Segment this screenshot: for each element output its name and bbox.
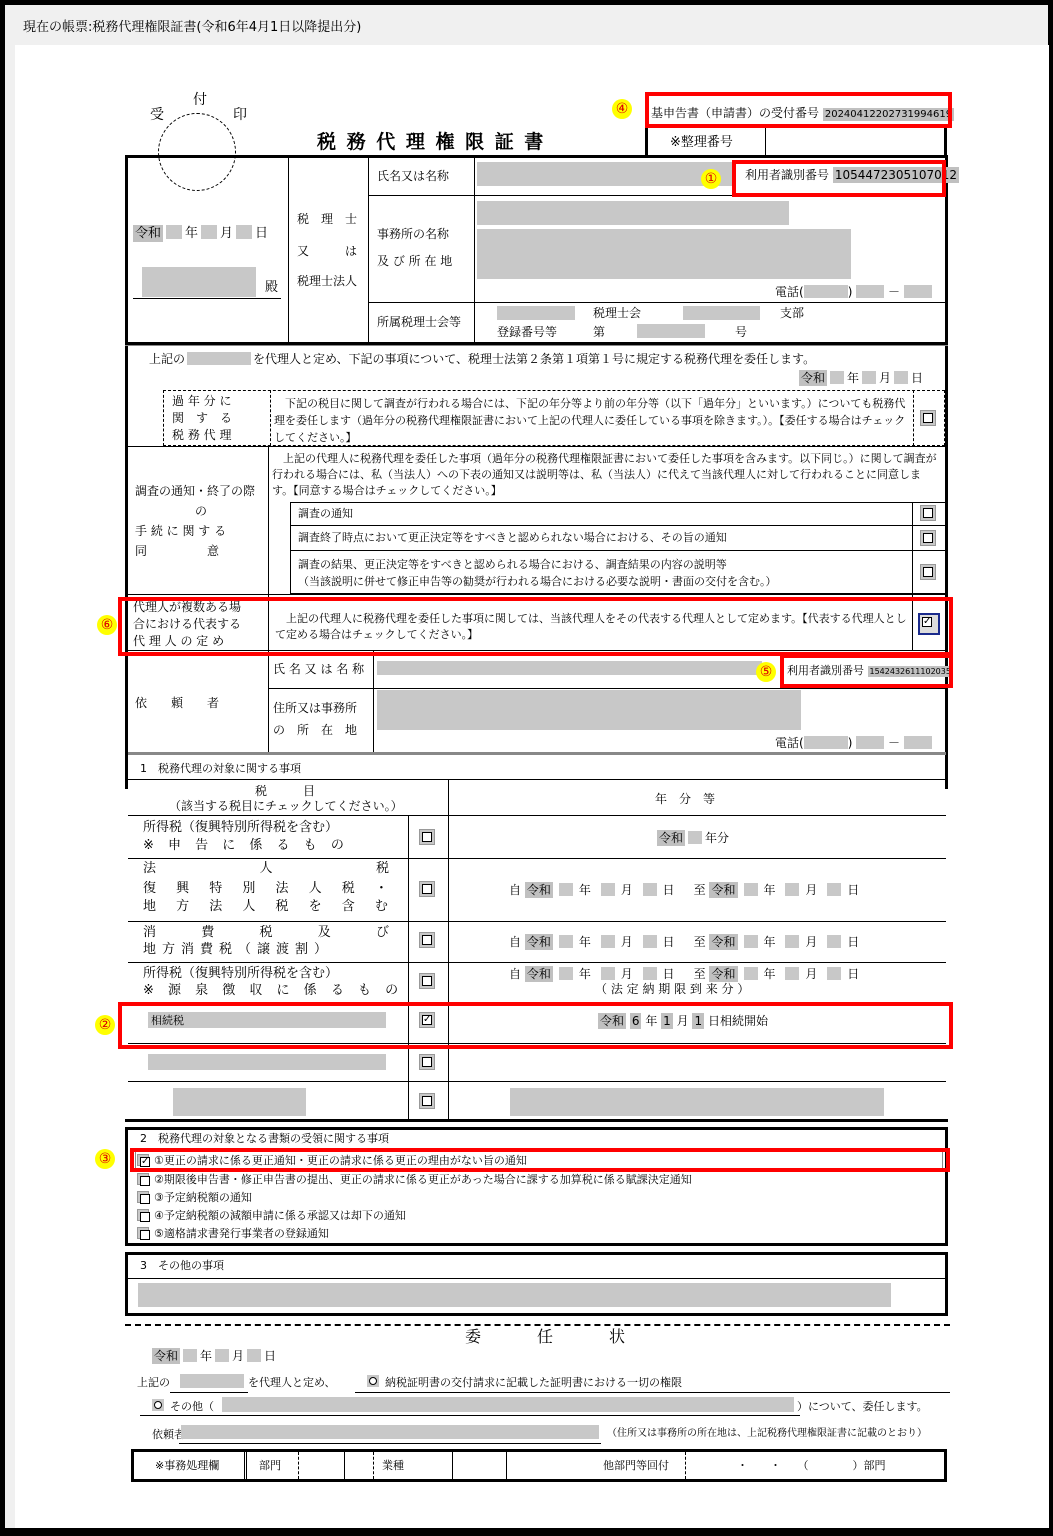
section2-item-3: ③予定納税額の通知	[154, 1192, 252, 1203]
investigation-label-4: 同 意	[135, 545, 219, 557]
annotation-badge-1: ①	[701, 169, 721, 189]
registration-prefix: 第	[593, 326, 605, 338]
section2-title: 2 税務代理の対象となる書類の受領に関する事項	[140, 1133, 389, 1144]
office-use-other-dept: 他部門等回付	[603, 1460, 669, 1471]
section1-col-tax-item-sub: （該当する税目にチェックしてください。）	[169, 800, 403, 812]
investigation-text: 上記の代理人に税務代理を委任した事項（過年分の税務代理権限証書において委任した事…	[272, 451, 942, 499]
addressee-suffix: 殿	[265, 281, 278, 294]
section1-col-period: 年 分 等	[655, 793, 715, 805]
investigation-item-3-sub: （当該説明に併せて修正申告等の勧奨が行われる場合における必要な説明・書面の交付を…	[298, 576, 777, 587]
client-address-field[interactable]	[377, 690, 801, 730]
tax-row-7-field[interactable]	[173, 1088, 306, 1116]
tax-row-6-checkbox[interactable]	[419, 1054, 435, 1070]
association-suffix: 税理士会	[593, 307, 641, 319]
stamp-label-left: 受	[150, 108, 164, 122]
annotation-box-5	[780, 654, 953, 688]
office-address-field[interactable]	[477, 229, 851, 279]
stamp-label-right: 印	[233, 108, 247, 122]
tax-row-2-period: 自 令和年 月 日 至 令和年 月 日	[509, 883, 859, 896]
office-name-field[interactable]	[477, 201, 789, 225]
tax-row-7-period-field[interactable]	[510, 1088, 884, 1116]
past-years-checkbox[interactable]	[920, 410, 936, 426]
section2-item-5: ⑤適格請求書発行事業者の登録通知	[154, 1228, 329, 1239]
poa-option1: 納税証明書の交付請求に記載した証明書における一切の権限	[385, 1377, 682, 1388]
agent-phone: 電話() －	[775, 285, 932, 298]
office-use-industry: 業種	[382, 1460, 404, 1471]
section3-field[interactable]	[138, 1283, 891, 1307]
investigation-label-3: 手 続 に 関 す る	[135, 525, 226, 537]
past-years-label-2: 関 す る	[172, 412, 232, 424]
past-years-label-1: 過 年 分 に	[172, 395, 231, 407]
addressee-field[interactable]	[142, 267, 256, 297]
office-label-1: 事務所の名称	[377, 228, 449, 240]
client-name-field[interactable]	[377, 661, 762, 675]
poa-option2-suffix: ）について、委任します。	[797, 1401, 928, 1412]
branch-suffix: 支部	[780, 307, 804, 319]
investigation-item-3: 調査の結果、更正決定等をすべきと認められる場合における、調査結果の内容の説明等	[298, 559, 727, 570]
association-field[interactable]	[497, 306, 575, 320]
investigation-label-1: 調査の通知・終了の際	[135, 485, 255, 497]
annotation-box-1	[732, 160, 946, 197]
annotation-badge-5: ⑤	[756, 662, 776, 682]
current-form-caption: 現在の帳票:税務代理権限証書(令和6年4月1日以降提出分)	[23, 16, 361, 35]
investigation-item-1: 調査の通知	[298, 508, 353, 519]
tax-row-4-period: 自 令和年 月 日 至 令和年 月 日	[509, 967, 859, 980]
tax-row-3-period: 自 令和年 月 日 至 令和年 月 日	[509, 935, 859, 948]
agent-type-label-2: 又 は	[297, 245, 357, 257]
past-years-label-3: 税 務 代 理	[172, 429, 231, 441]
delegation-sentence: 上記のを代理人と定め、下記の事項について、税理士法第２条第１項第１号に規定する税…	[149, 352, 815, 365]
tax-row-3-line1: 消費税及び	[143, 926, 389, 939]
office-use-dept: 部門	[259, 1460, 281, 1471]
section1-title: 1 税務代理の対象に関する事項	[140, 763, 301, 774]
section2-item-4: ④予定納税額の減額申請に係る承認又は却下の通知	[154, 1210, 406, 1221]
tax-row-4-statutory-note: （ 法 定 納 期 限 到 来 分 ）	[595, 983, 749, 995]
poa-prefix: 上記の	[137, 1377, 170, 1388]
section3-title: 3 その他の事項	[140, 1260, 224, 1271]
annotation-badge-3: ③	[95, 1149, 115, 1169]
registration-label: 登録番号等	[497, 326, 557, 338]
investigation-item-2-checkbox[interactable]	[920, 530, 936, 546]
poa-option1-radio[interactable]	[367, 1375, 379, 1387]
tax-row-4-line1: 所得税（復興特別所得税を含む）	[143, 967, 338, 980]
annotation-box-2	[118, 1002, 953, 1049]
poa-date: 令和年月日	[152, 1349, 276, 1362]
client-phone: 電話() －	[775, 736, 932, 749]
annotation-box-3	[130, 1148, 950, 1172]
tax-row-7-checkbox[interactable]	[419, 1093, 435, 1109]
tax-row-1-checkbox[interactable]	[419, 829, 435, 845]
investigation-label-2: の	[195, 505, 207, 517]
tax-row-4-line2: ※ 源 泉 徴 収 に 係 る も の	[143, 984, 403, 997]
form-paper: 受 付 印 税 務 代 理 権 限 証 書 基申告書（申請書）の受付番号 202…	[15, 45, 1049, 1528]
office-use-label: ※事務処理欄	[155, 1460, 219, 1471]
poa-client-field[interactable]	[181, 1425, 599, 1439]
client-address-label-1: 住所又は事務所	[273, 702, 357, 714]
tax-row-3-line2: 地方消費税（譲渡割）	[143, 943, 333, 956]
registration-field[interactable]	[637, 324, 705, 338]
poa-option2-field[interactable]	[222, 1397, 794, 1412]
poa-title: 委 任 状	[465, 1329, 633, 1345]
client-address-label-2: の 所 在 地	[273, 724, 357, 736]
section2-item-5-checkbox[interactable]	[137, 1227, 149, 1239]
delegation-date: 令和年月日	[799, 371, 923, 384]
investigation-item-2: 調査終了時点において更正決定等をすべきと認められない場合における、その旨の通知	[298, 532, 727, 543]
reference-number-label: ※整理番号	[670, 136, 733, 149]
association-label: 所属税理士会等	[377, 316, 461, 328]
agent-type-label-3: 税理士法人	[297, 275, 357, 287]
client-name-label: 氏 名 又 は 名 称	[273, 663, 364, 675]
agent-name-label: 氏名又は名称	[377, 170, 449, 182]
tax-row-4-checkbox[interactable]	[419, 973, 435, 989]
tax-row-6-field[interactable]	[148, 1054, 386, 1070]
section2-item-2: ②期限後申告書・修正申告書の提出、更正の請求に係る更正があった場合に課する加算税…	[154, 1174, 692, 1185]
poa-option2-prefix: その他（	[170, 1401, 214, 1412]
addressee-date: 令和年月日	[133, 225, 268, 240]
agent-type-label-1: 税 理 士	[297, 213, 357, 225]
window-frame: 現在の帳票:税務代理権限証書(令和6年4月1日以降提出分) 受 付 印 税 務 …	[3, 3, 1050, 1530]
branch-field[interactable]	[683, 306, 760, 320]
annotation-badge-2: ②	[95, 1015, 115, 1035]
annotation-badge-4: ④	[612, 99, 632, 119]
tax-row-2-line2: 復 興 特 別 法 人 税 ・	[143, 882, 396, 895]
investigation-item-1-checkbox[interactable]	[920, 505, 936, 521]
investigation-item-3-checkbox[interactable]	[920, 564, 936, 580]
annotation-box-4	[645, 92, 952, 128]
agent-name-field[interactable]	[477, 162, 732, 186]
section2-item-2-checkbox[interactable]	[137, 1173, 149, 1185]
poa-client-note: （住所又は事務所の所在地は、上記税務代理権限証書に記載のとおり）	[607, 1429, 927, 1439]
form-title: 税 務 代 理 権 限 証 書	[317, 133, 545, 152]
tax-row-1-line1: 所得税（復興特別所得税を含む）	[143, 821, 338, 834]
tax-row-3-checkbox[interactable]	[419, 932, 435, 948]
annotation-box-6	[118, 597, 953, 656]
poa-agent-field[interactable]	[180, 1374, 244, 1388]
stamp-label-top: 付	[193, 93, 207, 107]
poa-option2-radio[interactable]	[152, 1399, 164, 1411]
client-label: 依 頼 者	[135, 697, 219, 709]
office-label-2: 及 び 所 在 地	[377, 255, 452, 267]
section1-col-tax-item: 税 目	[255, 785, 315, 797]
annotation-badge-6: ⑥	[97, 615, 117, 635]
office-use-dots: ・ ・ （ ）部門	[737, 1460, 886, 1471]
section2-item-3-checkbox[interactable]	[137, 1191, 149, 1203]
tax-row-2-line1: 法人税	[143, 862, 389, 875]
tax-row-1-period: 令和年分	[657, 831, 729, 844]
tax-row-2-line3: 地 方 法 人 税 を 含 む	[143, 900, 396, 913]
tax-row-2-checkbox[interactable]	[419, 881, 435, 897]
registration-suffix: 号	[735, 326, 747, 338]
poa-agent-text: を代理人と定め、	[248, 1377, 336, 1388]
tax-row-1-line2: ※ 申 告 に 係 る も の	[143, 839, 349, 852]
past-years-text: 下記の税目に関して調査が行われる場合には、下記の年分等より前の年分等（以下「過年…	[274, 395, 909, 446]
section2-item-4-checkbox[interactable]	[137, 1209, 149, 1221]
